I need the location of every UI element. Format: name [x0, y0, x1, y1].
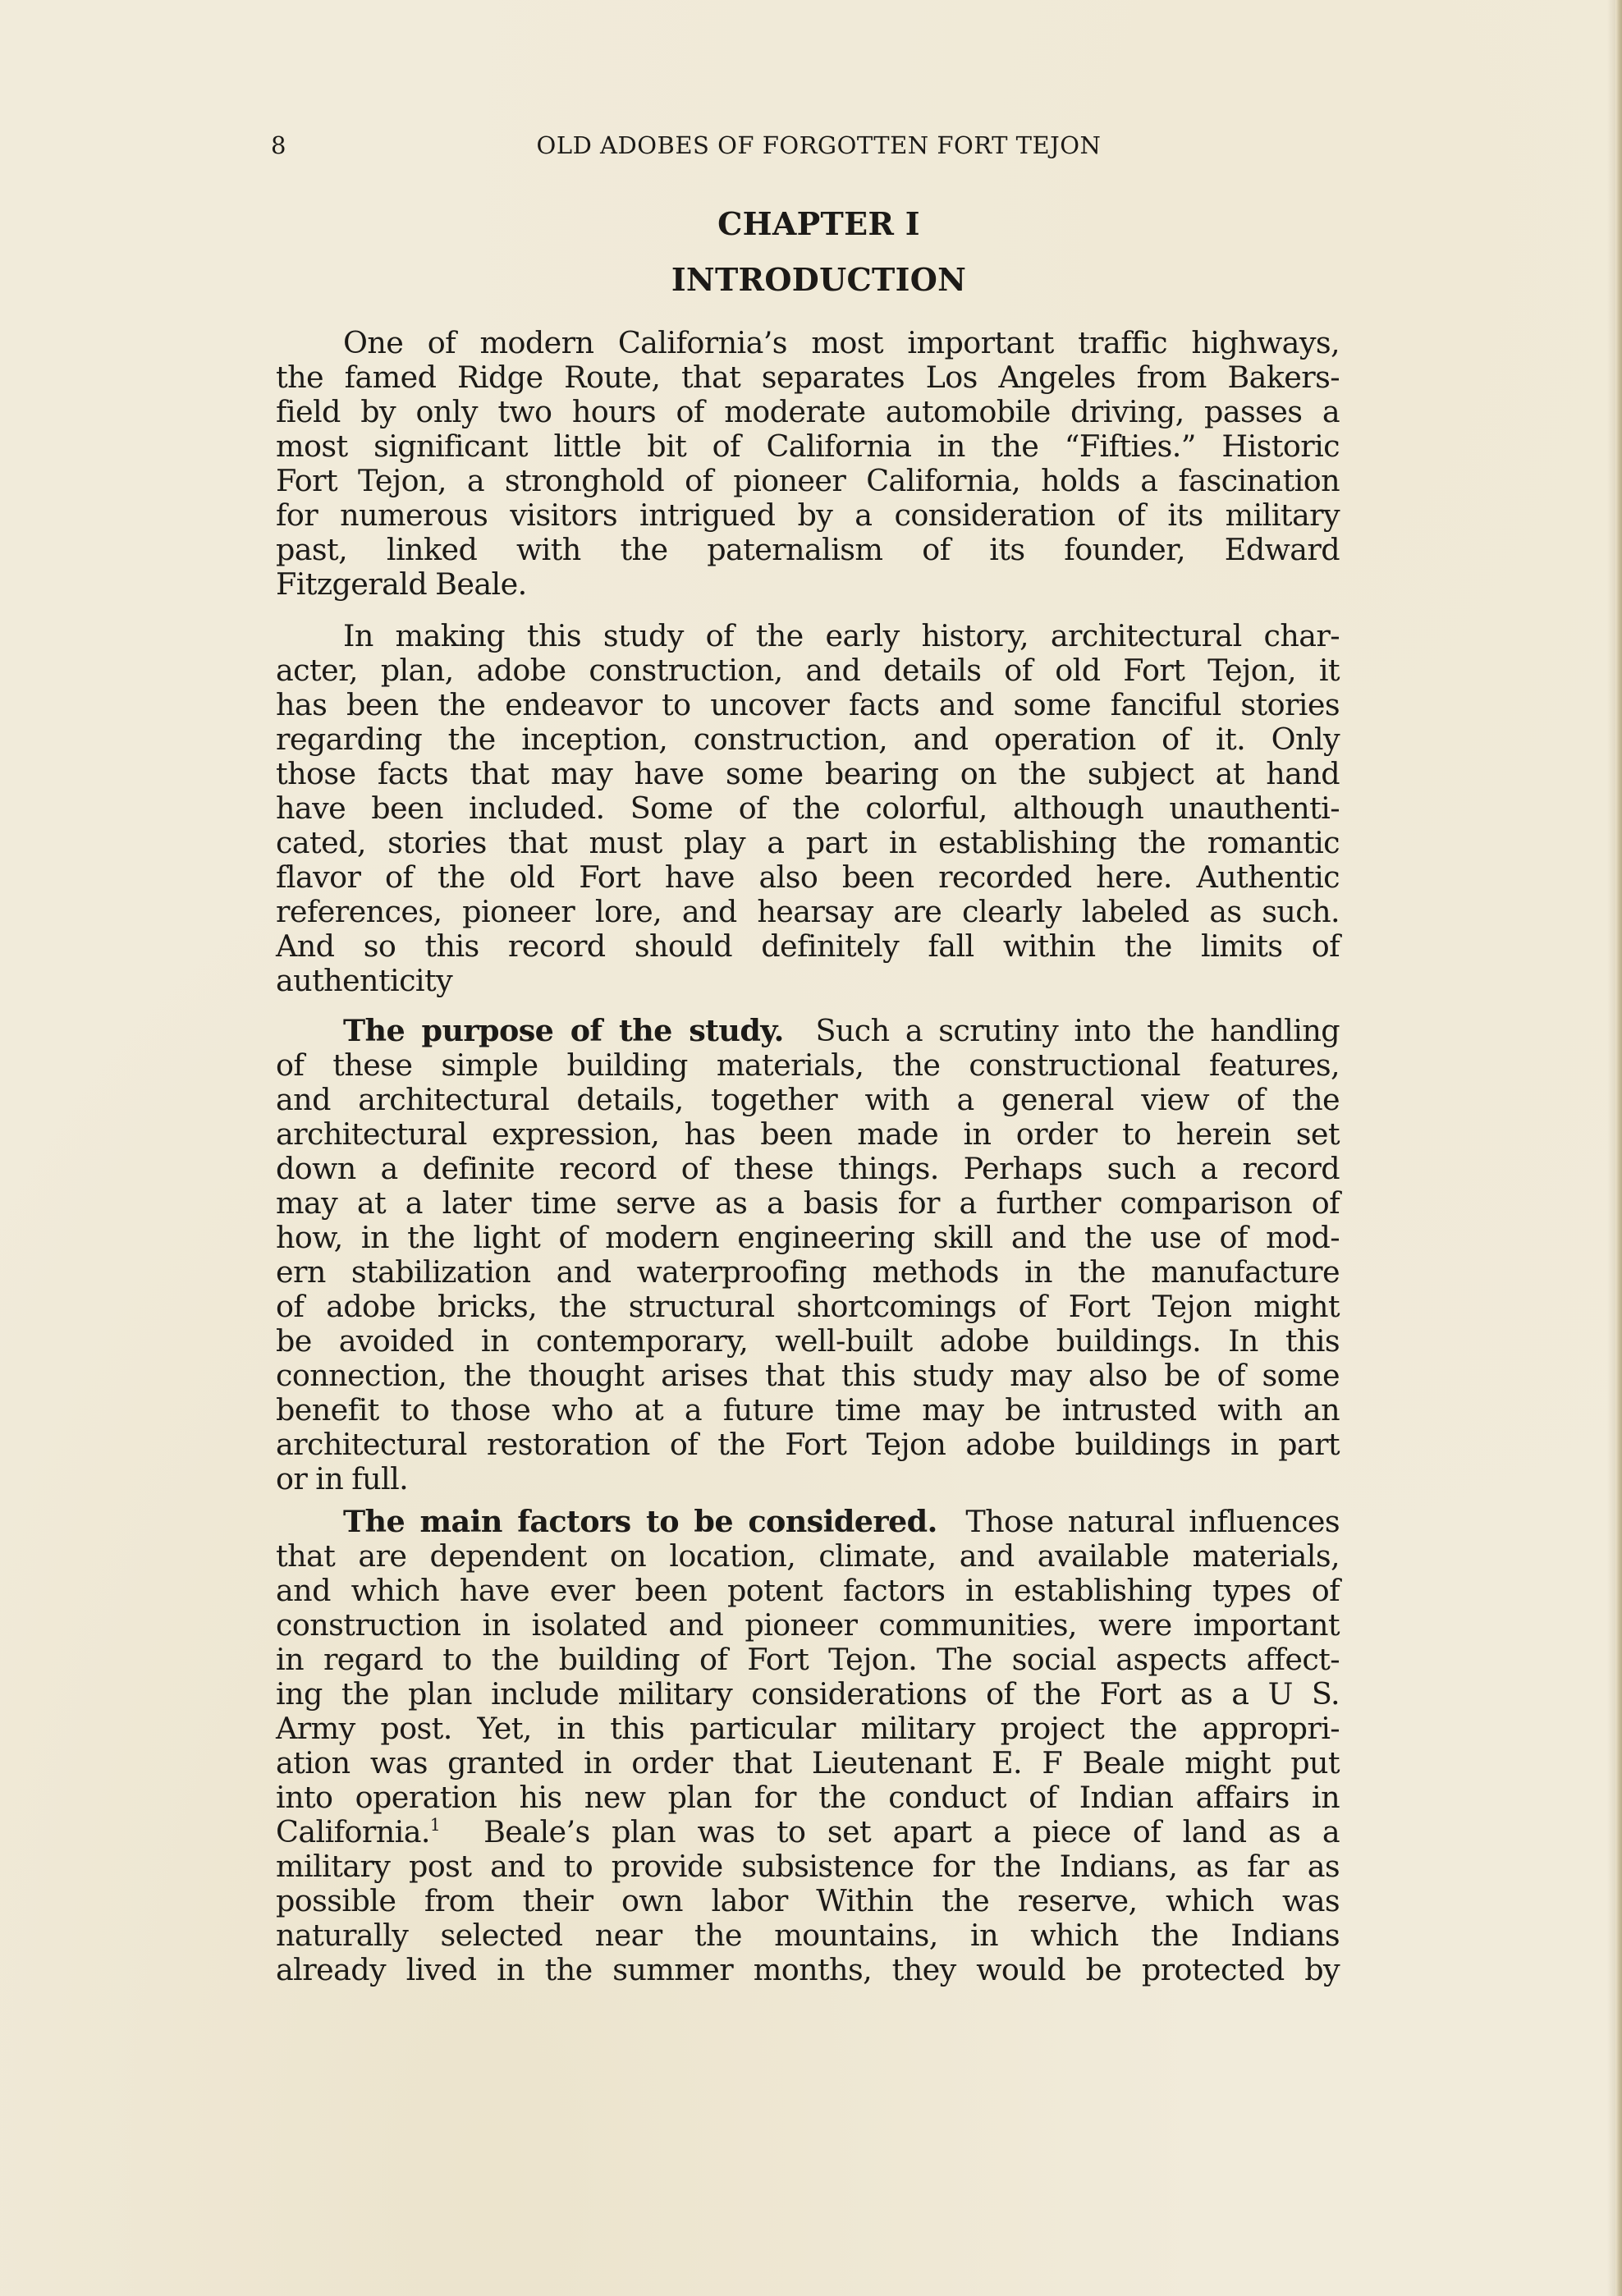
text-line: In making this study of the early histor…	[343, 620, 1340, 654]
text-line: Army post. Yet, in this particular milit…	[276, 1712, 1340, 1747]
text-line: may at a later time serve as a basis for…	[276, 1187, 1340, 1221]
text-line: construction in isolated and pioneer com…	[276, 1609, 1340, 1643]
text-line: One of modern California’s most importan…	[343, 327, 1340, 361]
text-line: And so this record should definitely fal…	[276, 930, 1340, 965]
chapter-number: CHAPTER I	[271, 205, 1367, 242]
text-line: and which have ever been potent factors …	[276, 1574, 1340, 1609]
text-line: architectural restoration of the Fort Te…	[276, 1428, 1340, 1463]
text-line: Fitzgerald Beale.	[276, 568, 1340, 603]
text-line: down a definite record of these things. …	[276, 1153, 1340, 1187]
text-run: Those natural influences	[965, 1504, 1340, 1539]
text-line: acter, plan, adobe construction, and det…	[276, 654, 1340, 689]
text-line: have been included. Some of the colorful…	[276, 792, 1340, 827]
running-title: OLD ADOBES OF FORGOTTEN FORT TEJON	[271, 131, 1367, 159]
text-line: connection, the thought arises that this…	[276, 1359, 1340, 1394]
text-line: already lived in the summer months, they…	[276, 1954, 1340, 1988]
text-line: field by only two hours of moderate auto…	[276, 396, 1340, 430]
text-line: possible from their own labor Within the…	[276, 1885, 1340, 1919]
text-line: that are dependent on location, climate,…	[276, 1540, 1340, 1574]
text-line: benefit to those who at a future time ma…	[276, 1394, 1340, 1428]
text-line: be avoided in contemporary, well-built a…	[276, 1325, 1340, 1359]
text-line: regarding the inception, construction, a…	[276, 723, 1340, 758]
text-line: those facts that may have some bearing o…	[276, 758, 1340, 792]
text-line: flavor of the old Fort have also been re…	[276, 861, 1340, 896]
text-line: or in full.	[276, 1463, 1340, 1497]
text-line: into operation his new plan for the cond…	[276, 1781, 1340, 1816]
text-line: authenticity	[276, 965, 1340, 999]
text-line: ing the plan include military considerat…	[276, 1678, 1340, 1712]
text-line: cated, stories that must play a part in …	[276, 827, 1340, 861]
text-line: California.1 Beale’s plan was to set apa…	[276, 1816, 1340, 1850]
text-line: The purpose of the study. Such a scrutin…	[343, 1015, 1340, 1049]
footnote-marker[interactable]: 1	[430, 1815, 440, 1835]
text-run: California.	[276, 1814, 430, 1849]
page-binding-edge	[1615, 0, 1622, 2296]
text-line: in regard to the building of Fort Tejon.…	[276, 1643, 1340, 1678]
text-line: The main factors to be considered. Those…	[343, 1505, 1340, 1540]
text-line: and architectural details, together with…	[276, 1084, 1340, 1118]
text-line: the famed Ridge Route, that separates Lo…	[276, 361, 1340, 396]
text-line: most significant little bit of Californi…	[276, 430, 1340, 465]
chapter-title: INTRODUCTION	[271, 261, 1367, 298]
text-line: Fort Tejon, a stronghold of pioneer Cali…	[276, 465, 1340, 499]
text-line: for numerous visitors intrigued by a con…	[276, 499, 1340, 534]
text-line: of adobe bricks, the structural shortcom…	[276, 1290, 1340, 1325]
text-line: references, pioneer lore, and hearsay ar…	[276, 896, 1340, 930]
running-header: 8 OLD ADOBES OF FORGOTTEN FORT TEJON	[271, 131, 1367, 164]
text-run: Beale’s plan was to set apart a piece of…	[483, 1814, 1340, 1849]
text-line: naturally selected near the mountains, i…	[276, 1919, 1340, 1954]
text-line: of these simple building materials, the …	[276, 1049, 1340, 1084]
section-heading-purpose: The purpose of the study.	[343, 1013, 784, 1048]
text-line: how, in the light of modern engineering …	[276, 1221, 1340, 1256]
text-line: past, linked with the paternalism of its…	[276, 534, 1340, 568]
text-line: military post and to provide subsistence…	[276, 1850, 1340, 1885]
text-line: architectural expression, has been made …	[276, 1118, 1340, 1153]
text-line: has been the endeavor to uncover facts a…	[276, 689, 1340, 723]
text-line: ern stabilization and waterproofing meth…	[276, 1256, 1340, 1290]
text-run: Such a scrutiny into the handling	[815, 1013, 1340, 1048]
text-line: ation was granted in order that Lieutena…	[276, 1747, 1340, 1781]
section-heading-main-factors: The main factors to be considered.	[343, 1504, 937, 1539]
